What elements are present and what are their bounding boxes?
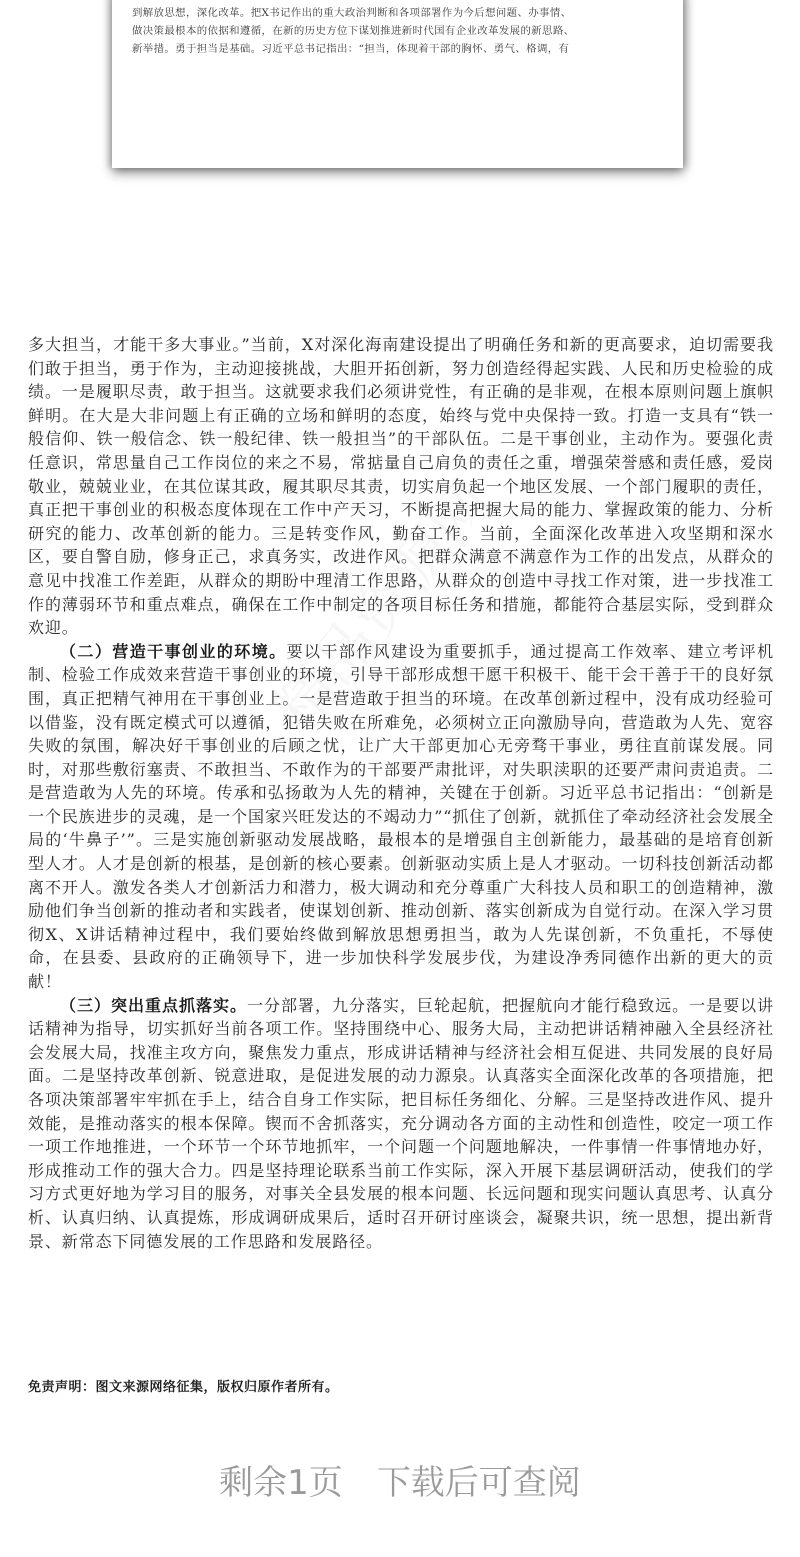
article-body: 多大担当，才能干多大事业。”当前，X对深化海南建设提出了明确任务和新的更高要求，… (28, 333, 774, 1253)
article-paragraph-3: （三）突出重点抓落实。一分部署，九分落实，巨轮起航，把握航向才能行稳致远。一是要… (28, 994, 774, 1254)
paragraph-text: 多大担当，才能干多大事业。”当前，X对深化海南建设提出了明确任务和新的更高要求，… (28, 335, 774, 637)
article-paragraph-2: （二）营造干事创业的环境。要以干部作风建设为重要抓手，通过提高工作效率、建立考评… (28, 640, 774, 994)
preview-line: 新举措。勇于担当是基础。习近平总书记指出：“担当，体现着干部的胸怀、勇气、格调，… (132, 40, 662, 58)
paragraph-text: 要以干部作风建设为重要抓手，通过提高工作效率、建立考评机制、检验工作成效来营造干… (28, 642, 774, 991)
disclaimer-text: 免责声明：图文来源网络征集，版权归原作者所有。 (28, 1376, 339, 1395)
pages-left-label: 剩余1页 (219, 1463, 343, 1503)
remaining-pages-banner[interactable]: 剩余1页下载后可查阅 (0, 1455, 800, 1504)
preview-line: 做决策最根本的依据和遵循，在新的历史方位下谋划推进新时代国有企业改革发展的新思路… (132, 22, 662, 40)
section-heading-3: （三）突出重点抓落实。 (60, 996, 247, 1015)
preview-page-text: 到解放思想，深化改革。把X书记作出的重大政治判断和各项部署作为今后想问题、办事情… (132, 4, 662, 58)
section-heading-2: （二）营造干事创业的环境。 (60, 642, 287, 661)
download-to-read-label: 下载后可查阅 (377, 1463, 581, 1503)
preview-line: 到解放思想，深化改革。把X书记作出的重大政治判断和各项部署作为今后想问题、办事情… (132, 4, 662, 22)
article-paragraph-1: 多大担当，才能干多大事业。”当前，X对深化海南建设提出了明确任务和新的更高要求，… (28, 333, 774, 640)
preview-page-card: 到解放思想，深化改革。把X书记作出的重大政治判断和各项部署作为今后想问题、办事情… (112, 0, 683, 168)
paragraph-text: 一分部署，九分落实，巨轮起航，把握航向才能行稳致远。一是要以讲话精神为指导，切实… (28, 996, 774, 1251)
